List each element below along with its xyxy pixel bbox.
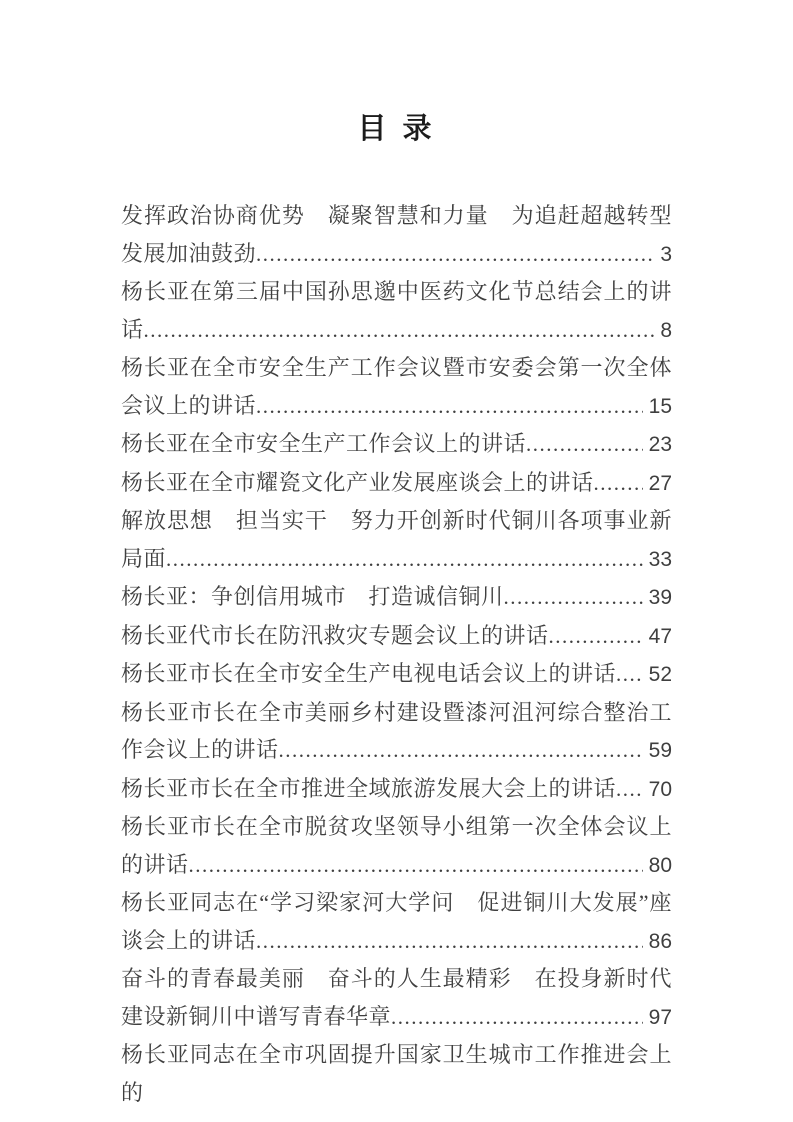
toc-entry-title: 杨长亚同志在全市巩固提升国家卫生城市工作推进会上的 (121, 1042, 672, 1105)
toc-entry-title: 杨长亚在全市耀瓷文化产业发展座谈会上的讲话 (121, 470, 594, 495)
toc-entry[interactable]: 杨长亚在全市耀瓷文化产业发展座谈会上的讲话...................… (121, 464, 672, 503)
toc-entry[interactable]: 杨长亚市长在全市脱贫攻坚领导小组第一次全体会议上的讲话.............… (121, 808, 672, 884)
toc-page-number: 15 (643, 388, 672, 426)
toc-page-number: 27 (643, 465, 672, 503)
toc-entry-title: 杨长亚：争创信用城市 打造诚信铜川 (121, 584, 504, 609)
toc-entry[interactable]: 杨长亚在第三届中国孙思邈中医药文化节总结会上的讲话...............… (121, 273, 672, 349)
toc-entry[interactable]: 奋斗的青春最美丽 奋斗的人生最精彩 在投身新时代建设新铜川中谱写青春华章....… (121, 960, 672, 1036)
toc-page-number: 97 (643, 999, 672, 1037)
toc-entry[interactable]: 杨长亚市长在全市美丽乡村建设暨漆河沮河综合整治工作会议上的讲话.........… (121, 694, 672, 770)
document-page: 目 录 发挥政治协商优势 凝聚智慧和力量 为追赶超越转型发展加油鼓劲......… (0, 0, 793, 1122)
toc-list: 发挥政治协商优势 凝聚智慧和力量 为追赶超越转型发展加油鼓劲..........… (121, 197, 672, 1111)
toc-entry[interactable]: 解放思想 担当实干 努力开创新时代铜川各项事业新局面..............… (121, 502, 672, 578)
toc-entry[interactable]: 杨长亚在全市安全生产工作会议上的讲话......................… (121, 425, 672, 464)
toc-entry[interactable]: 发挥政治协商优势 凝聚智慧和力量 为追赶超越转型发展加油鼓劲..........… (121, 197, 672, 273)
toc-page-number: 33 (643, 541, 672, 579)
toc-page-number: 80 (643, 847, 672, 885)
toc-entry[interactable]: 杨长亚市长在全市推进全域旅游发展大会上的讲话..................… (121, 770, 672, 809)
toc-title: 目 录 (121, 112, 672, 147)
toc-page-number: 52 (643, 656, 672, 694)
toc-entry-title: 杨长亚市长在全市推进全域旅游发展大会上的讲话 (121, 776, 616, 801)
toc-entry[interactable]: 杨长亚在全市安全生产工作会议暨市安委会第一次全体会议上的讲话..........… (121, 349, 672, 425)
toc-entry[interactable]: 杨长亚同志在“学习梁家河大学问 促进铜川大发展”座谈会上的讲话.........… (121, 884, 672, 960)
toc-entry-title: 杨长亚在全市安全生产工作会议上的讲话 (121, 431, 526, 456)
toc-page-number: 8 (654, 312, 672, 350)
toc-page-number: 59 (643, 732, 672, 770)
toc-page-number: 70 (643, 771, 672, 809)
toc-entry[interactable]: 杨长亚：争创信用城市 打造诚信铜川.......................… (121, 578, 672, 617)
toc-entry-title: 杨长亚市长在全市安全生产电视电话会议上的讲话 (121, 661, 616, 686)
toc-page-number: 23 (643, 426, 672, 464)
toc-page-number: 86 (643, 923, 672, 961)
toc-page-number: 3 (654, 236, 672, 274)
toc-entry[interactable]: 杨长亚市长在全市安全生产电视电话会议上的讲话..................… (121, 655, 672, 694)
toc-page-number: 47 (643, 618, 672, 656)
toc-entry-title: 杨长亚代市长在防汛救灾专题会议上的讲话 (121, 623, 549, 648)
toc-entry[interactable]: 杨长亚代市长在防汛救灾专题会议上的讲话.....................… (121, 617, 672, 656)
toc-page-number: 39 (643, 579, 672, 617)
toc-entry[interactable]: 杨长亚同志在全市巩固提升国家卫生城市工作推进会上的 (121, 1036, 672, 1111)
